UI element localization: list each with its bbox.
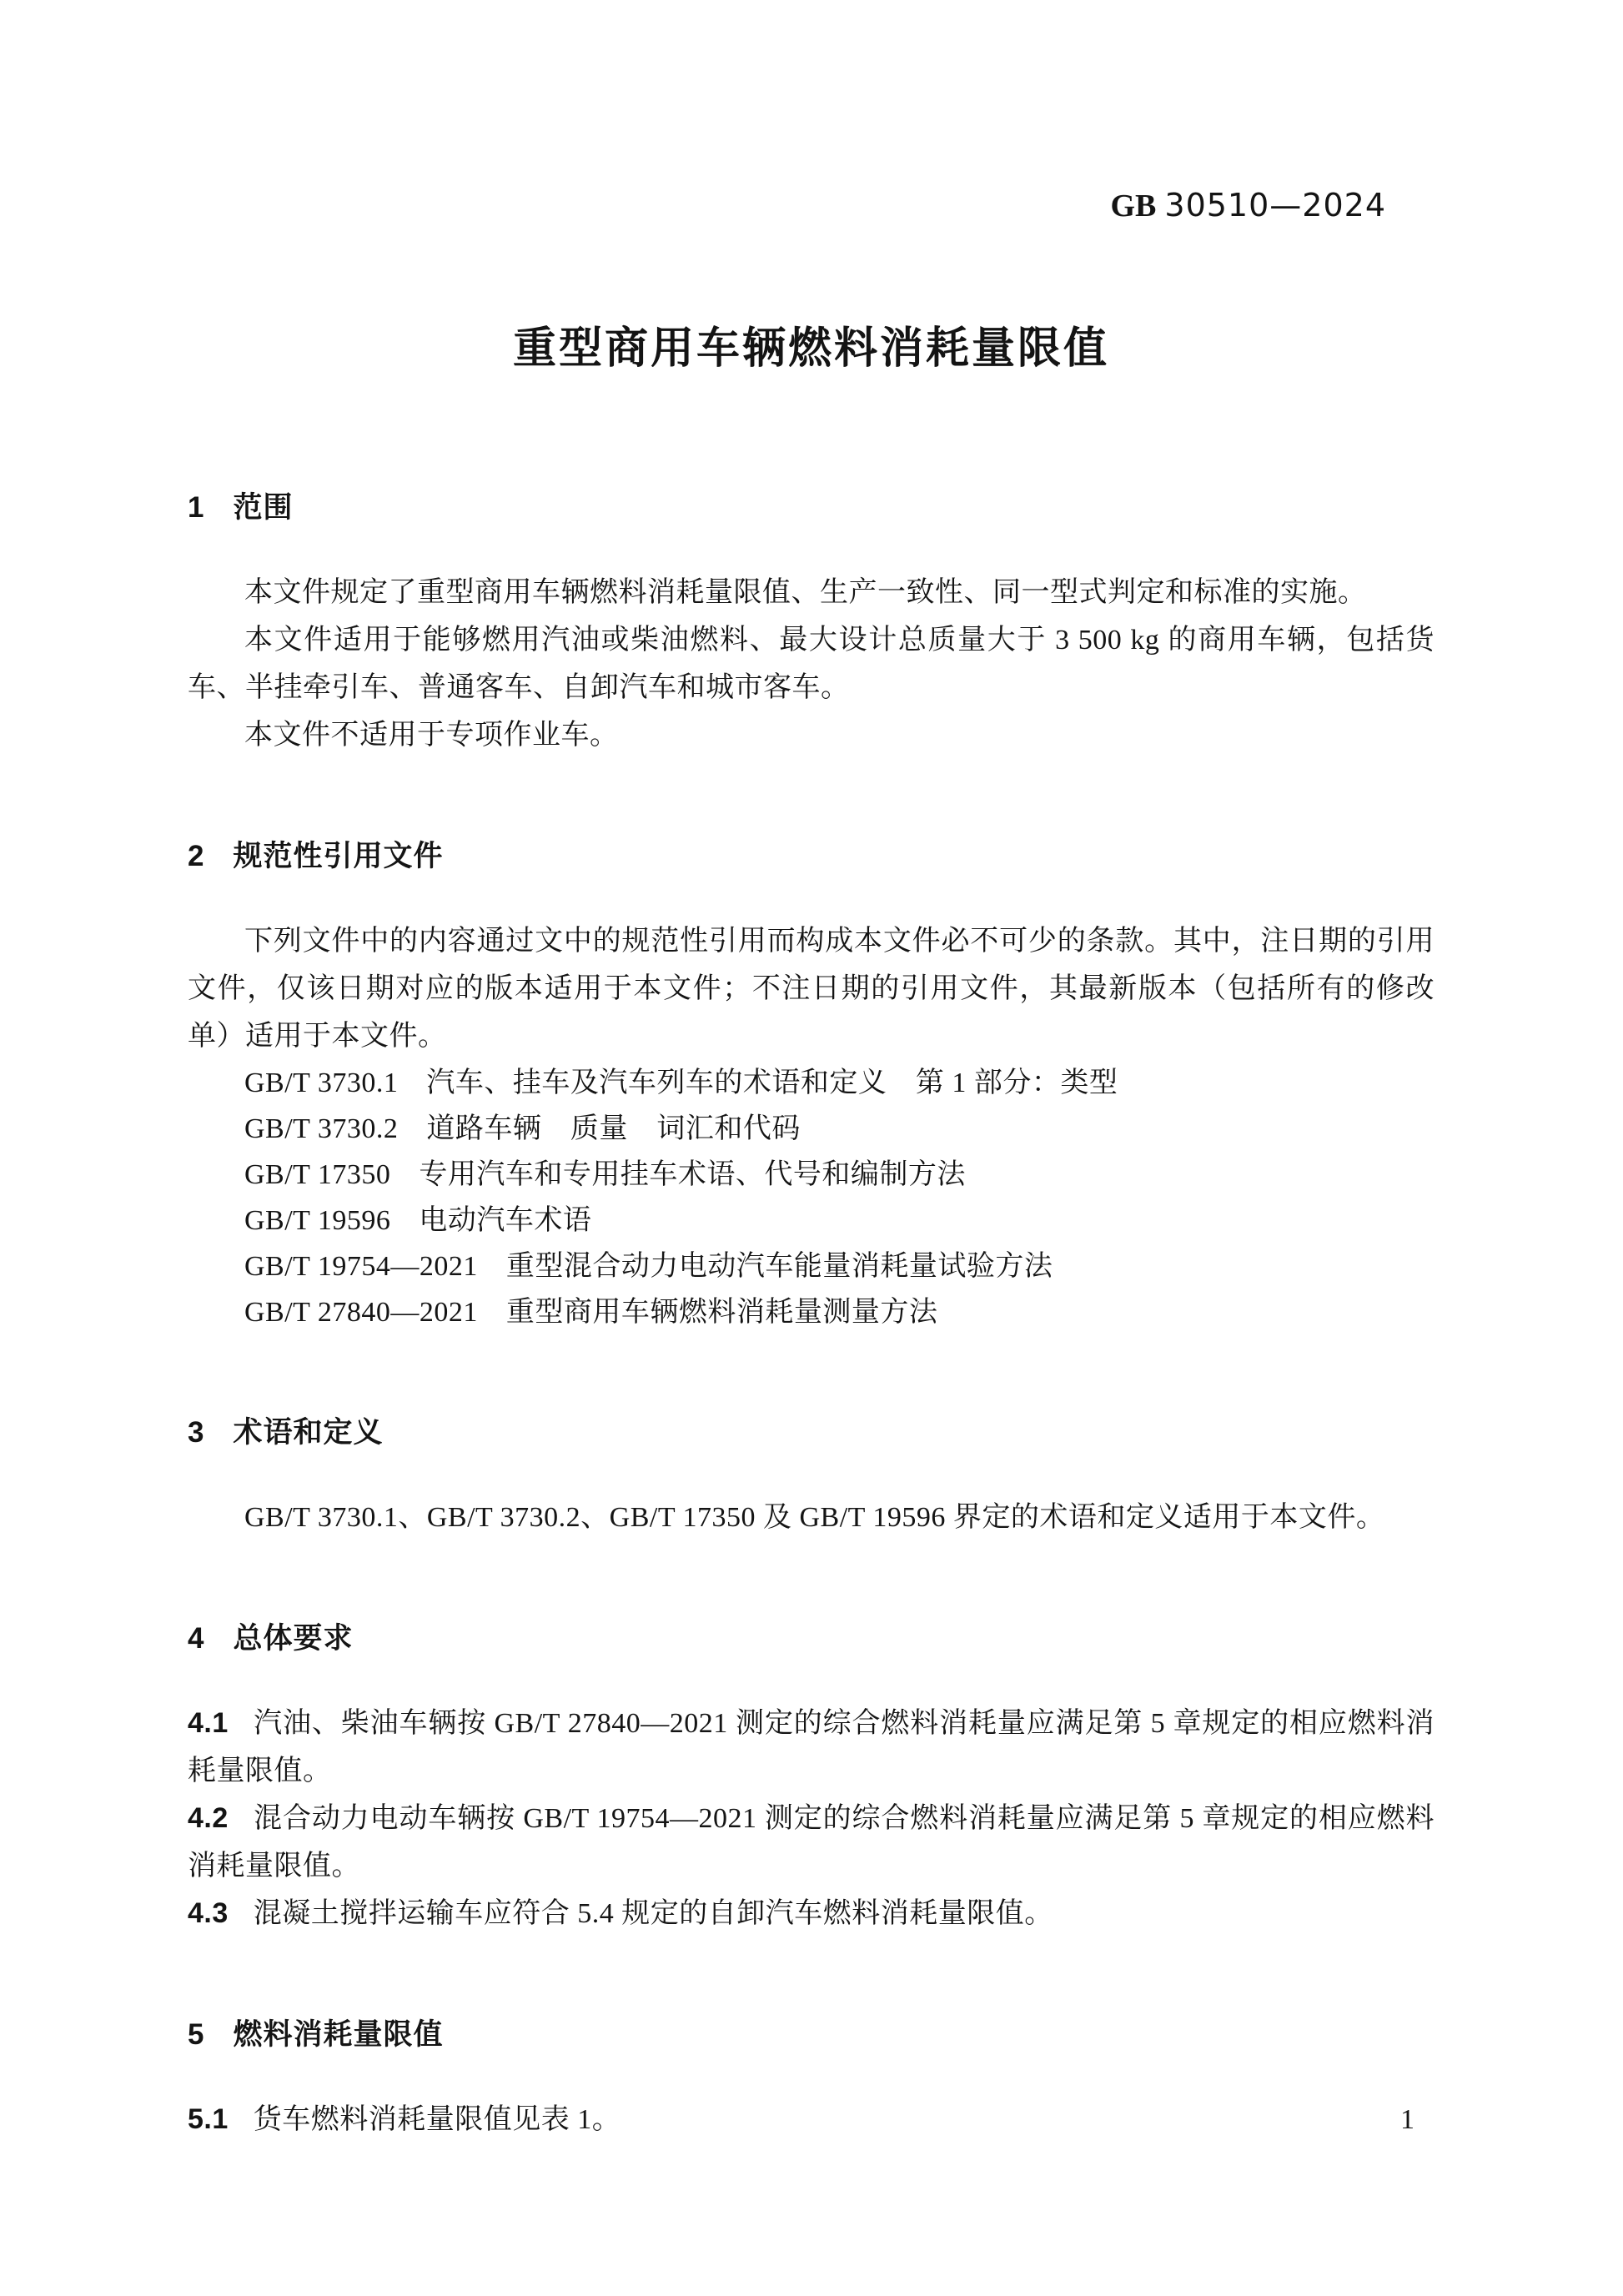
- clause-4-2: 4.2混合动力电动车辆按 GB/T 19754—2021 测定的综合燃料消耗量应…: [188, 1795, 1435, 1890]
- section-2-intro-paragraph: 下列文件中的内容通过文中的规范性引用而构成本文件必不可少的条款。其中，注日期的引…: [188, 917, 1435, 1060]
- section-5-number: 5: [188, 2018, 204, 2051]
- reference-1-title: 汽车、挂车及汽车列车的术语和定义 第 1 部分：类型: [426, 1068, 1118, 1098]
- clause-5-1-text: 货车燃料消耗量限值见表 1。: [254, 2104, 621, 2135]
- section-3-number: 3: [188, 1416, 204, 1449]
- reference-item-6: GB/T 27840—2021重型商用车辆燃料消耗量测量方法: [188, 1289, 1435, 1335]
- document-page: GB30510—2024 重型商用车辆燃料消耗量限值 1范围 本文件规定了重型商…: [0, 0, 1623, 2296]
- section-1-paragraph-3: 本文件不适用于专项作业车。: [188, 711, 1435, 759]
- reference-5-code: GB/T 19754—2021: [244, 1251, 478, 1282]
- section-2-title: 规范性引用文件: [233, 840, 443, 872]
- section-1-paragraph-2: 本文件适用于能够燃用汽油或柴油燃料、最大设计总质量大于 3 500 kg 的商用…: [188, 616, 1435, 711]
- clause-4-1: 4.1汽油、柴油车辆按 GB/T 27840—2021 测定的综合燃料消耗量应满…: [188, 1700, 1435, 1795]
- clause-5-1-number: 5.1: [188, 2103, 229, 2135]
- section-4-heading: 4总体要求: [188, 1621, 1435, 1656]
- reference-item-1: GB/T 3730.1汽车、挂车及汽车列车的术语和定义 第 1 部分：类型: [188, 1060, 1435, 1106]
- section-1-title: 范围: [233, 491, 293, 524]
- clause-5-1: 5.1货车燃料消耗量限值见表 1。: [188, 2096, 1435, 2143]
- reference-item-4: GB/T 19596电动汽车术语: [188, 1198, 1435, 1243]
- reference-item-5: GB/T 19754—2021重型混合动力电动汽车能量消耗量试验方法: [188, 1243, 1435, 1289]
- page-content: GB30510—2024 重型商用车辆燃料消耗量限值 1范围 本文件规定了重型商…: [188, 0, 1435, 2143]
- section-3-title: 术语和定义: [233, 1416, 383, 1449]
- reference-item-2: GB/T 3730.2道路车辆 质量 词汇和代码: [188, 1106, 1435, 1152]
- section-4-general-requirements: 4总体要求 4.1汽油、柴油车辆按 GB/T 27840—2021 测定的综合燃…: [188, 1621, 1435, 1937]
- clause-4-3-text: 混凝土搅拌运输车应符合 5.4 规定的自卸汽车燃料消耗量限值。: [254, 1898, 1053, 1929]
- reference-6-title: 重型商用车辆燃料消耗量测量方法: [506, 1297, 938, 1328]
- section-3-heading: 3术语和定义: [188, 1415, 1435, 1450]
- section-2-normative-references: 2规范性引用文件 下列文件中的内容通过文中的规范性引用而构成本文件必不可少的条款…: [188, 839, 1435, 1335]
- section-4-number: 4: [188, 1622, 204, 1655]
- reference-2-code: GB/T 3730.2: [244, 1113, 398, 1144]
- section-5-title: 燃料消耗量限值: [233, 2018, 443, 2051]
- standard-code-prefix: GB: [1111, 188, 1157, 224]
- section-5-heading: 5燃料消耗量限值: [188, 2017, 1435, 2052]
- clause-4-3: 4.3混凝土搅拌运输车应符合 5.4 规定的自卸汽车燃料消耗量限值。: [188, 1890, 1435, 1937]
- document-title: 重型商用车辆燃料消耗量限值: [188, 324, 1435, 374]
- reference-item-3: GB/T 17350专用汽车和专用挂车术语、代号和编制方法: [188, 1152, 1435, 1198]
- reference-3-title: 专用汽车和专用挂车术语、代号和编制方法: [419, 1159, 966, 1190]
- reference-5-title: 重型混合动力电动汽车能量消耗量试验方法: [506, 1251, 1053, 1282]
- reference-1-code: GB/T 3730.1: [244, 1068, 398, 1098]
- section-1-heading: 1范围: [188, 490, 1435, 525]
- clause-4-1-number: 4.1: [188, 1707, 229, 1739]
- document-header: GB30510—2024: [188, 0, 1435, 224]
- section-1-scope: 1范围 本文件规定了重型商用车辆燃料消耗量限值、生产一致性、同一型式判定和标准的…: [188, 490, 1435, 759]
- reference-4-code: GB/T 19596: [244, 1205, 390, 1236]
- section-3-paragraph-1: GB/T 3730.1、GB/T 3730.2、GB/T 17350 及 GB/…: [188, 1494, 1435, 1541]
- reference-2-title: 道路车辆 质量 词汇和代码: [426, 1113, 801, 1144]
- section-1-number: 1: [188, 491, 204, 524]
- page-number: 1: [1400, 2103, 1414, 2137]
- clause-4-2-number: 4.2: [188, 1802, 229, 1834]
- reference-3-code: GB/T 17350: [244, 1159, 390, 1190]
- section-1-paragraph-1: 本文件规定了重型商用车辆燃料消耗量限值、生产一致性、同一型式判定和标准的实施。: [188, 569, 1435, 616]
- standard-code-number: 30510—2024: [1164, 187, 1386, 224]
- clause-4-1-text: 汽油、柴油车辆按 GB/T 27840—2021 测定的综合燃料消耗量应满足第 …: [188, 1708, 1435, 1786]
- reference-6-code: GB/T 27840—2021: [244, 1297, 478, 1328]
- section-3-terms-definitions: 3术语和定义 GB/T 3730.1、GB/T 3730.2、GB/T 1735…: [188, 1415, 1435, 1541]
- clause-4-3-number: 4.3: [188, 1897, 229, 1929]
- section-4-title: 总体要求: [233, 1622, 353, 1655]
- reference-4-title: 电动汽车术语: [419, 1205, 591, 1236]
- section-2-number: 2: [188, 840, 204, 872]
- section-2-heading: 2规范性引用文件: [188, 839, 1435, 874]
- section-5-fuel-consumption-limits: 5燃料消耗量限值 5.1货车燃料消耗量限值见表 1。: [188, 2017, 1435, 2143]
- clause-4-2-text: 混合动力电动车辆按 GB/T 19754—2021 测定的综合燃料消耗量应满足第…: [188, 1803, 1435, 1882]
